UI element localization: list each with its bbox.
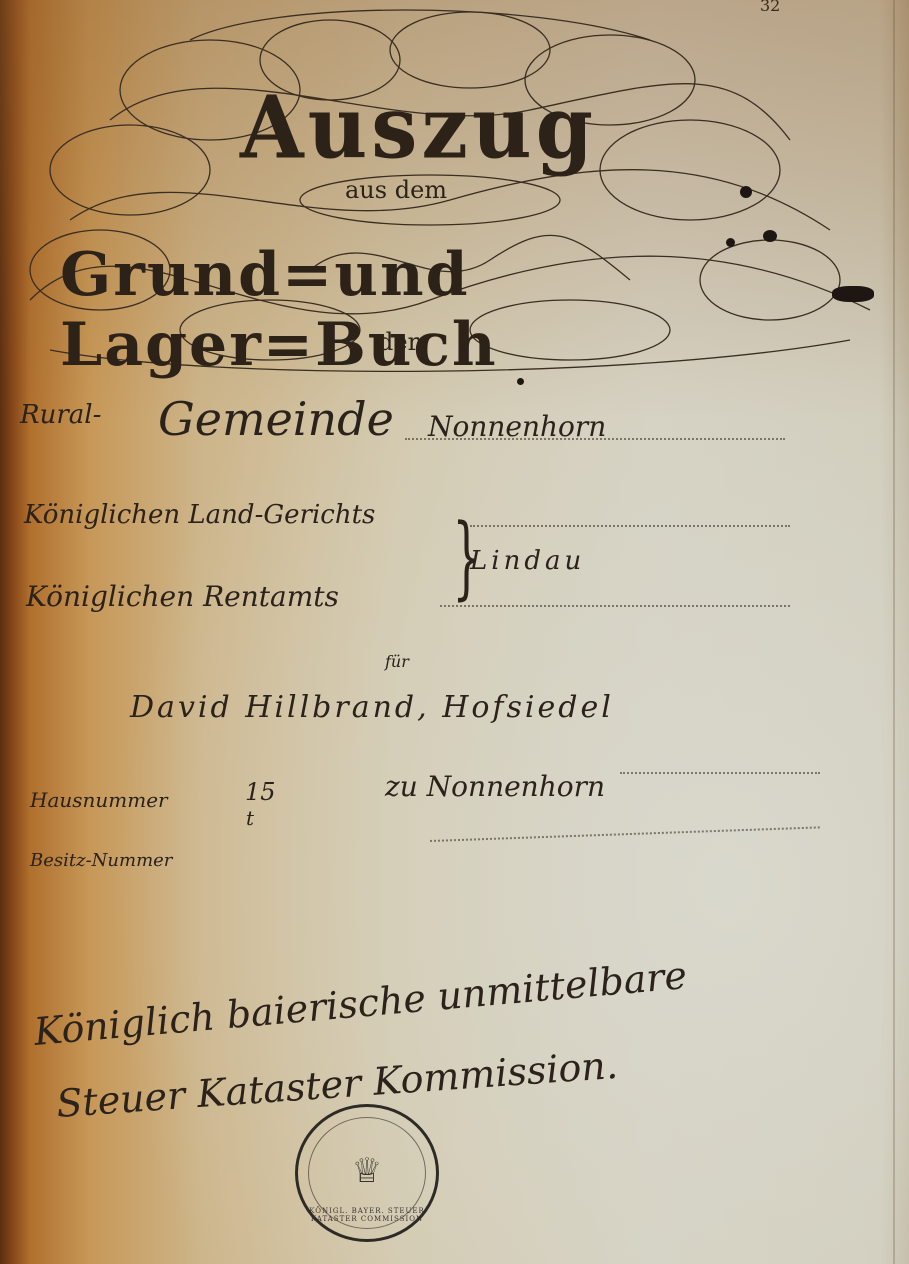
coat-of-arms-icon: ♕ xyxy=(352,1151,382,1191)
title-aus-dem: aus dem xyxy=(345,176,447,204)
bracket-value-lindau: Lindau xyxy=(470,546,585,576)
official-seal-stamp: ♕ KÖNIGL. BAYER. STEUER KATASTER COMMISS… xyxy=(295,1104,439,1242)
hausnummer-suffix: t xyxy=(246,806,254,830)
dotted-line xyxy=(440,605,790,607)
hausnummer-location: zu Nonnenhorn xyxy=(385,770,605,803)
title-der: der xyxy=(378,328,419,356)
commission-line-1: Königlich baierische unmittelbare xyxy=(32,953,688,1054)
dotted-line xyxy=(620,772,820,774)
besitz-nummer-label: Besitz-Nummer xyxy=(30,850,172,871)
seal-text: KÖNIGL. BAYER. STEUER KATASTER COMMISSIO… xyxy=(298,1207,436,1223)
dotted-line xyxy=(405,438,785,440)
dotted-line xyxy=(470,525,790,527)
gemeinde-label-prefix: Rural- xyxy=(20,400,101,430)
page-number: 32 xyxy=(760,0,780,15)
owner-name: David Hillbrand, Hofsiedel xyxy=(130,690,614,725)
hausnummer-label: Hausnummer xyxy=(30,788,168,812)
ink-spot xyxy=(832,286,874,302)
ink-spot xyxy=(726,238,735,247)
ink-spot xyxy=(763,230,777,242)
fuer-label: für xyxy=(385,652,409,671)
title-grund-und-lager-buch: Grund=und Lager=Buch xyxy=(60,240,909,380)
title-auszug: Auszug xyxy=(240,78,597,179)
rentamt-label: Königlichen Rentamts xyxy=(26,580,339,613)
dotted-line xyxy=(430,826,820,842)
hausnummer-value: 15 xyxy=(245,778,276,806)
ink-spot xyxy=(740,186,752,198)
ink-spot xyxy=(517,378,524,385)
gemeinde-label: Gemeinde xyxy=(158,392,394,446)
page-edge xyxy=(893,0,895,1264)
landgericht-label: Königlichen Land-Gerichts xyxy=(24,500,375,530)
